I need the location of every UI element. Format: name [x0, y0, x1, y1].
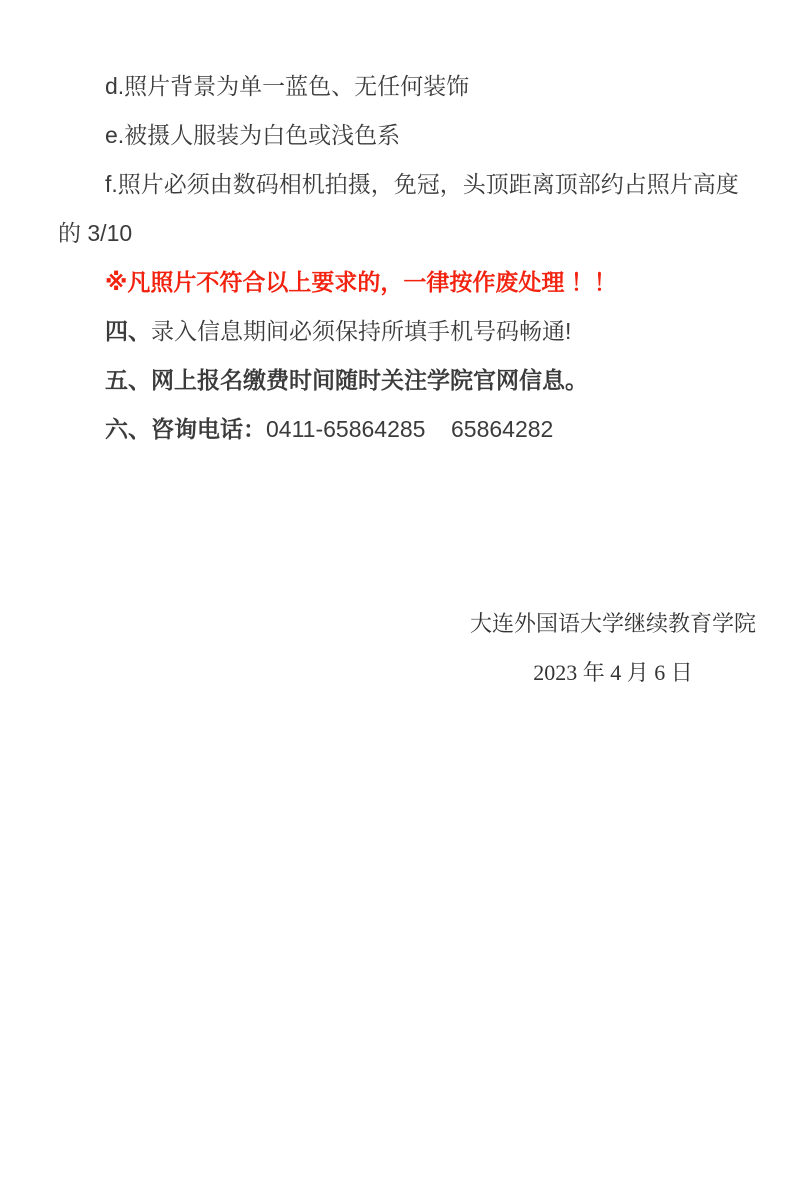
- warning-line: ※凡照片不符合以上要求的，一律按作废处理 ！！: [58, 258, 742, 307]
- numbered-item-6-prefix: 六、咨询电话：: [105, 416, 266, 442]
- document-page: d.照片背景为单一蓝色、无任何装饰 e.被摄人服装为白色或浅色系 f.照片必须由…: [0, 0, 800, 1178]
- phone-numbers: 0411-65864285 65864282: [266, 416, 553, 442]
- signature-block: 大连外国语大学继续教育学院 2023 年 4 月 6 日: [460, 599, 766, 697]
- document-content: d.照片背景为单一蓝色、无任何装饰 e.被摄人服装为白色或浅色系 f.照片必须由…: [0, 0, 800, 697]
- requirement-item-e: e.被摄人服装为白色或浅色系: [58, 111, 742, 160]
- signature-date: 2023 年 4 月 6 日: [460, 648, 766, 697]
- numbered-item-4-prefix: 四、: [105, 318, 151, 344]
- numbered-item-4: 四、录入信息期间必须保持所填手机号码畅通!: [58, 307, 742, 356]
- requirement-item-d: d.照片背景为单一蓝色、无任何装饰: [58, 62, 742, 111]
- numbered-item-6: 六、咨询电话：0411-65864285 65864282: [58, 405, 742, 454]
- warning-text: ※凡照片不符合以上要求的，一律按作废处理 ！！: [105, 269, 617, 295]
- requirement-item-e-text: e.被摄人服装为白色或浅色系: [105, 122, 400, 148]
- requirement-item-f-line1: f.照片必须由数码相机拍摄，免冠，头顶距离顶部约占照片高度: [105, 171, 739, 197]
- signature-organization: 大连外国语大学继续教育学院: [460, 599, 766, 648]
- numbered-item-4-text: 录入信息期间必须保持所填手机号码畅通!: [151, 318, 571, 344]
- numbered-item-5-text: 五、网上报名缴费时间随时关注学院官网信息。: [105, 367, 588, 393]
- requirement-item-d-text: d.照片背景为单一蓝色、无任何装饰: [105, 73, 469, 99]
- requirement-item-f: f.照片必须由数码相机拍摄，免冠，头顶距离顶部约占照片高度 的 3/10: [58, 160, 742, 258]
- requirement-item-f-line2: 的 3/10: [58, 220, 132, 246]
- numbered-item-5: 五、网上报名缴费时间随时关注学院官网信息。: [58, 356, 742, 405]
